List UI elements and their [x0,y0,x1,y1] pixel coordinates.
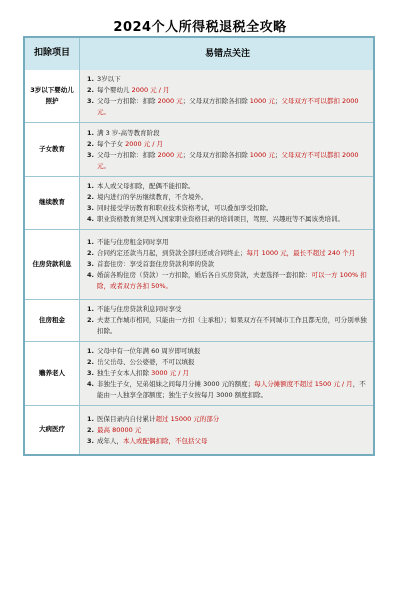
list-item-number: 2. [87,85,94,96]
mistake-points-cell: 1.医保目录内自付累计超过 15000 元的部分2.最高 80000 元3.成年… [80,406,373,454]
list-item-number: 1. [87,74,94,85]
list-item-number: 3. [87,259,94,270]
list-item-text: 本人或父母扣除，配偶不能扣除。 [97,181,368,192]
deduction-item-label: 住房贷款利息 [25,230,80,299]
list-item-text: 最高 80000 元 [97,425,368,436]
list-item-number: 3. [87,150,94,161]
list-item-text: 首套住房：享受首套住房贷款利率的贷款 [97,259,368,270]
mistake-points-cell: 1.满 3 岁-高等教育阶段2.每个子女 2000 元 / 月3.父母一方扣除：… [80,123,373,176]
deduction-item-label: 继续教育 [25,177,80,229]
list-item-text: 岳父岳母、公公婆婆，不可以填报 [97,357,368,368]
list-item-text: 满 3 岁-高等教育阶段 [97,128,368,139]
mistake-points-cell: 1.不能与住房租金同时享用2.合同约定还款当月起，到贷款全部归还或合同终止；每月… [80,230,373,299]
list-item: 1.不能与住房贷款利息同时享受 [87,304,368,315]
list-item-text: 职业资格教育须是列入国家职业资格目录的培训项目，驾照、兴趣班等不属该类培训。 [97,214,368,225]
list-item: 2.岳父岳母、公公婆婆，不可以填报 [87,357,368,368]
list-item-number: 1. [87,414,94,425]
list-item-text: 境内进行的学历继续教育，不含境外。 [97,192,368,203]
list-item-number: 1. [87,237,94,248]
list-item: 3.父母一方扣除：扣除 2000 元；父母双方扣除各扣除 1000 元；父母双方… [87,150,368,172]
mistake-points-cell: 1.父母中有一位年满 60 周岁即可填报2.岳父岳母、公公婆婆，不可以填报3.独… [80,342,373,405]
list-item-number: 2. [87,139,94,150]
list-item-text: 不能与住房租金同时享用 [97,237,368,248]
list-item-number: 1. [87,181,94,192]
table-row: 住房贷款利息1.不能与住房租金同时享用2.合同约定还款当月起，到贷款全部归还或合… [25,229,373,299]
list-item-number: 4. [87,270,94,281]
list-item-text: 同时接受学历教育和职业技术资格考试，可以叠加享受扣除。 [97,203,368,214]
list-item-number: 1. [87,346,94,357]
list-item-number: 3. [87,203,94,214]
list-item-number: 3. [87,96,94,107]
deduction-item-label: 住房租金 [25,300,80,341]
list-item-text: 每个婴幼儿 2000 元 / 月 [97,85,368,96]
deduction-table-body: 3岁以下婴幼儿照护1.3岁以下2.每个婴幼儿 2000 元 / 月3.父母一方扣… [25,70,373,454]
list-item-text: 父母一方扣除：扣除 2000 元；父母双方扣除各扣除 1000 元；父母双方不可… [97,96,368,118]
list-item: 2.每个子女 2000 元 / 月 [87,139,368,150]
list-item: 2.最高 80000 元 [87,425,368,436]
deduction-item-label: 赡养老人 [25,342,80,405]
list-item-number: 2. [87,248,94,259]
list-item-text: 夫妻工作城市相同，只能由一方扣（主承租）；如果双方在不同城市工作且都无房，可分别… [97,315,368,337]
page-title: 2024个人所得税退税全攻略 [0,0,400,35]
mistake-points-cell: 1.本人或父母扣除，配偶不能扣除。2.境内进行的学历继续教育，不含境外。3.同时… [80,177,373,229]
list-item: 3.同时接受学历教育和职业技术资格考试，可以叠加享受扣除。 [87,203,368,214]
deduction-item-label: 子女教育 [25,123,80,176]
table-row: 继续教育1.本人或父母扣除，配偶不能扣除。2.境内进行的学历继续教育，不含境外。… [25,176,373,229]
list-item-text: 不能与住房贷款利息同时享受 [97,304,368,315]
list-item-text: 成年人，本人或配偶扣除，不包括父母 [97,436,368,447]
list-item: 3.父母一方扣除：扣除 2000 元；父母双方扣除各扣除 1000 元；父母双方… [87,96,368,118]
list-item-number: 1. [87,128,94,139]
mistake-points-cell: 1.3岁以下2.每个婴幼儿 2000 元 / 月3.父母一方扣除：扣除 2000… [80,70,373,122]
list-item-text: 婚前各购住房（贷款）一方扣除，婚后各自买房贷款，夫妻选择一套扣除：可以一方 10… [97,270,368,292]
document-page: 2024个人所得税退税全攻略 扣除项目 易错点关注 3岁以下婴幼儿照护1.3岁以… [0,0,400,605]
list-item-number: 4. [87,214,94,225]
list-item-number: 2. [87,192,94,203]
list-item: 1.不能与住房租金同时享用 [87,237,368,248]
deduction-table: 扣除项目 易错点关注 3岁以下婴幼儿照护1.3岁以下2.每个婴幼儿 2000 元… [23,36,375,456]
header-col-deduction-item: 扣除项目 [25,38,80,70]
list-item: 2.每个婴幼儿 2000 元 / 月 [87,85,368,96]
header-col-common-mistakes: 易错点关注 [80,38,373,70]
list-item: 1.本人或父母扣除，配偶不能扣除。 [87,181,368,192]
list-item: 4.非独生子女，兄弟姐妹之间每月分摊 3000 元的额度；每人分摊额度不超过 1… [87,379,368,401]
list-item: 4.职业资格教育须是列入国家职业资格目录的培训项目，驾照、兴趣班等不属该类培训。 [87,214,368,225]
list-item: 2.夫妻工作城市相同，只能由一方扣（主承租）；如果双方在不同城市工作且都无房，可… [87,315,368,337]
list-item-number: 4. [87,379,94,390]
list-item-text: 独生子女本人扣除 3000 元 / 月 [97,368,368,379]
list-item-number: 2. [87,425,94,436]
deduction-item-label: 大病医疗 [25,406,80,454]
table-row: 赡养老人1.父母中有一位年满 60 周岁即可填报2.岳父岳母、公公婆婆，不可以填… [25,341,373,405]
list-item: 4.婚前各购住房（贷款）一方扣除，婚后各自买房贷款，夫妻选择一套扣除：可以一方 … [87,270,368,292]
list-item: 3.首套住房：享受首套住房贷款利率的贷款 [87,259,368,270]
list-item: 1.3岁以下 [87,74,368,85]
list-item: 3.成年人，本人或配偶扣除，不包括父母 [87,436,368,447]
mistake-points-cell: 1.不能与住房贷款利息同时享受2.夫妻工作城市相同，只能由一方扣（主承租）；如果… [80,300,373,341]
table-row: 子女教育1.满 3 岁-高等教育阶段2.每个子女 2000 元 / 月3.父母一… [25,122,373,176]
table-header-row: 扣除项目 易错点关注 [25,38,373,70]
list-item-text: 父母中有一位年满 60 周岁即可填报 [97,346,368,357]
list-item-text: 医保目录内自付累计超过 15000 元的部分 [97,414,368,425]
table-row: 3岁以下婴幼儿照护1.3岁以下2.每个婴幼儿 2000 元 / 月3.父母一方扣… [25,70,373,122]
list-item: 2.境内进行的学历继续教育，不含境外。 [87,192,368,203]
list-item-number: 2. [87,357,94,368]
list-item-number: 3. [87,368,94,379]
list-item: 2.合同约定还款当月起，到贷款全部归还或合同终止；每月 1000 元，最长不超过… [87,248,368,259]
list-item-text: 非独生子女，兄弟姐妹之间每月分摊 3000 元的额度；每人分摊额度不超过 150… [97,379,368,401]
list-item-text: 父母一方扣除：扣除 2000 元；父母双方扣除各扣除 1000 元；父母双方不可… [97,150,368,172]
list-item: 3.独生子女本人扣除 3000 元 / 月 [87,368,368,379]
table-row: 大病医疗1.医保目录内自付累计超过 15000 元的部分2.最高 80000 元… [25,405,373,454]
table-row: 住房租金1.不能与住房贷款利息同时享受2.夫妻工作城市相同，只能由一方扣（主承租… [25,299,373,341]
list-item-number: 3. [87,436,94,447]
list-item: 1.满 3 岁-高等教育阶段 [87,128,368,139]
deduction-item-label: 3岁以下婴幼儿照护 [25,70,80,122]
list-item-number: 1. [87,304,94,315]
list-item-text: 合同约定还款当月起，到贷款全部归还或合同终止；每月 1000 元，最长不超过 2… [97,248,368,259]
list-item-number: 2. [87,315,94,326]
list-item: 1.医保目录内自付累计超过 15000 元的部分 [87,414,368,425]
list-item-text: 每个子女 2000 元 / 月 [97,139,368,150]
list-item: 1.父母中有一位年满 60 周岁即可填报 [87,346,368,357]
list-item-text: 3岁以下 [97,74,368,85]
